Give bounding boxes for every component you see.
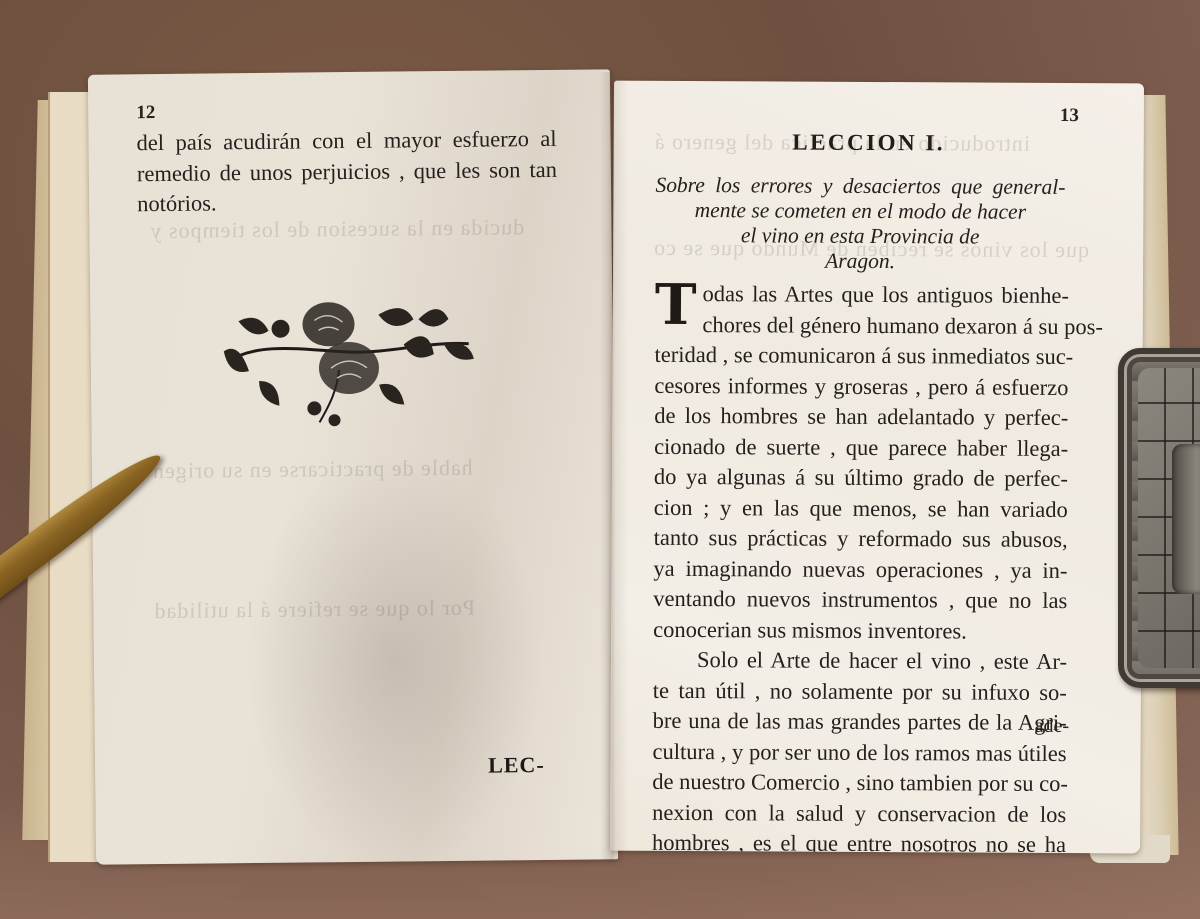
right-page: introducido en la practica del genero á … bbox=[610, 81, 1144, 854]
text-line: del país acudirán con el mayor esfuerzo … bbox=[136, 124, 556, 159]
chapter-title: LECCION I. bbox=[764, 129, 974, 156]
text-line: odas las Artes que los antiguos bienhe- bbox=[655, 279, 1069, 312]
text-line: hombres , es el que entre nosotros no se… bbox=[652, 828, 1066, 854]
subtitle-line: mente se cometen en el modo de hacer bbox=[655, 198, 1065, 225]
left-page-text: del país acudirán con el mayor esfuerzo … bbox=[136, 124, 557, 220]
text-line: nexion con la salud y conservacion de lo… bbox=[652, 797, 1066, 830]
body-text: T odas las Artes que los antiguos bienhe… bbox=[652, 279, 1069, 854]
text-line: cultura , y por ser uno de los ramos mas… bbox=[652, 736, 1066, 769]
bleed-through-text: hable de practicarse en su origen bbox=[152, 451, 473, 488]
text-line: teridad , se comunicaron á sus inmediato… bbox=[655, 340, 1069, 373]
text-line: tanto sus prácticas y reformado sus abus… bbox=[654, 523, 1068, 556]
paragraph-1: T odas las Artes que los antiguos bienhe… bbox=[653, 279, 1069, 647]
bleed-through-text: Por lo que se refiere á la utilidad bbox=[153, 591, 475, 628]
text-line: cion ; y en las que menos, se han variad… bbox=[654, 492, 1068, 525]
subtitle-line: Sobre los errores y desaciertos que gene… bbox=[655, 173, 1065, 200]
text-line: bre una de las mas grandes partes de la … bbox=[653, 706, 1067, 739]
text-line: ventando nuevos instrumentos , que no la… bbox=[653, 584, 1067, 617]
text-line: chores del género humano dexaron á su po… bbox=[655, 309, 1069, 342]
subtitle-line: Aragon. bbox=[655, 248, 1065, 275]
text-line: notórios. bbox=[137, 185, 557, 220]
catchword: LEC- bbox=[488, 752, 545, 779]
text-line: do ya algunas á su último grado de perfe… bbox=[654, 462, 1068, 495]
catchword: ade- bbox=[1035, 715, 1070, 738]
page-number: 13 bbox=[1060, 105, 1079, 127]
text-line: te tan útil , no solamente por su infuxo… bbox=[653, 675, 1067, 708]
paragraph-2: Solo el Arte de hacer el vino , este Ar-… bbox=[652, 645, 1067, 854]
text-line: cesores informes y groseras , pero á esf… bbox=[654, 370, 1068, 403]
text-line: de los hombres se han adelantado y perfe… bbox=[654, 401, 1068, 434]
subtitle-line: el vino en esta Provincia de bbox=[655, 223, 1065, 250]
chapter-subtitle: Sobre los errores y desaciertos que gene… bbox=[655, 173, 1066, 275]
text-line: conocerian sus mismos inventores. bbox=[653, 614, 1067, 647]
drop-cap: T bbox=[655, 281, 697, 329]
text-line: remedio de unos perjuicios , que les son… bbox=[137, 154, 557, 189]
text-line: cionado de suerte , que parece haber lle… bbox=[654, 431, 1068, 464]
floral-woodcut-icon bbox=[218, 289, 479, 432]
left-page: ducida en la sucesion de los tiempos y h… bbox=[88, 69, 618, 864]
text-line: de nuestro Comercio , sino tambien por s… bbox=[652, 767, 1066, 800]
text-line: Solo el Arte de hacer el vino , este Ar- bbox=[653, 645, 1067, 678]
page-number: 12 bbox=[136, 102, 155, 124]
metal-clasp bbox=[1118, 348, 1200, 688]
text-line: ya imaginando nuevas operaciones , ya in… bbox=[653, 553, 1067, 586]
